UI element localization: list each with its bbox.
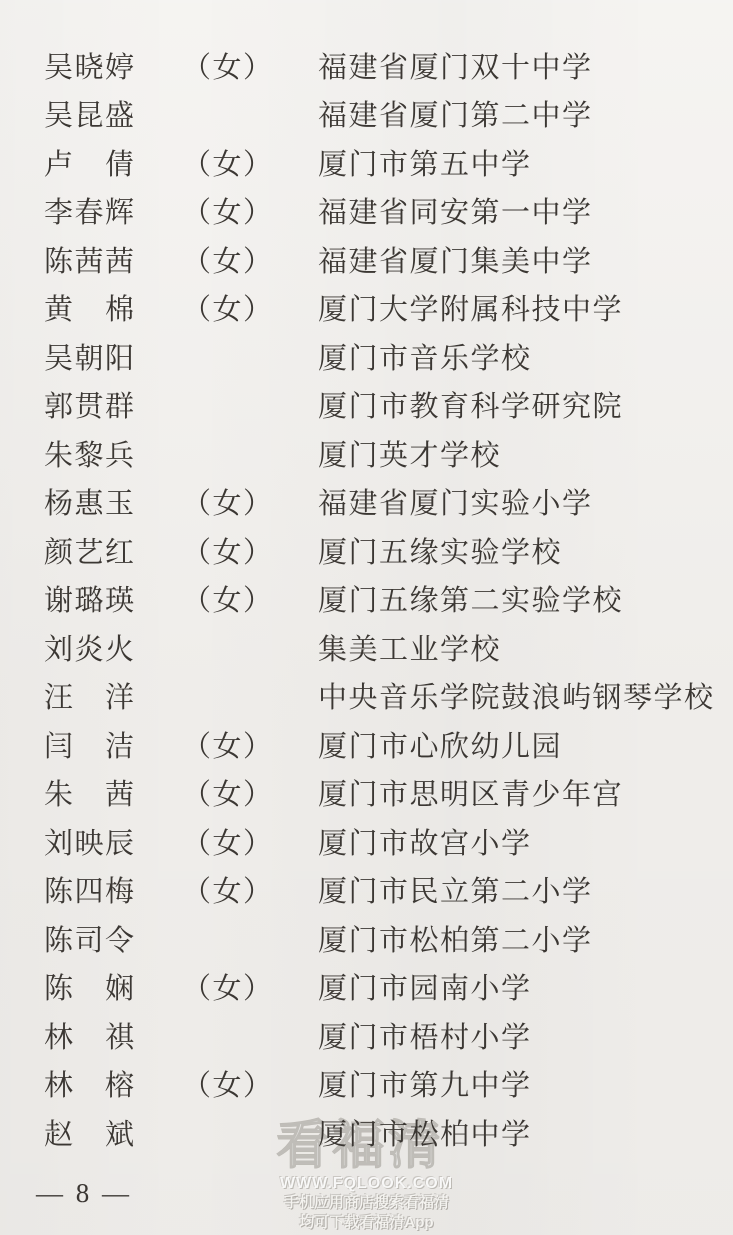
- person-name: 李春辉: [0, 199, 182, 228]
- gender-label: （女）: [182, 54, 318, 83]
- school-name: 福建省厦门实验小学: [318, 490, 733, 519]
- school-name: 厦门市心欣幼儿园: [318, 733, 733, 762]
- person-name: 陈茜茜: [0, 248, 182, 277]
- school-name: 厦门市民立第二小学: [318, 878, 733, 907]
- roster-row: 郭贯群 厦门市教育科学研究院: [0, 384, 733, 433]
- person-name: 吴晓婷: [0, 54, 182, 83]
- roster-row: 颜艺红 （女） 厦门五缘实验学校: [0, 529, 733, 578]
- school-name: 厦门大学附属科技中学: [318, 296, 733, 325]
- person-name: 颜艺红: [0, 539, 182, 568]
- school-name: 厦门英才学校: [318, 442, 733, 471]
- roster-row: 林 榕 （女） 厦门市第九中学: [0, 1063, 733, 1112]
- roster-row: 刘炎火 集美工业学校: [0, 626, 733, 675]
- gender-label: （女）: [182, 248, 318, 277]
- person-name: 赵 斌: [0, 1121, 182, 1150]
- person-name: 陈司令: [0, 927, 182, 956]
- gender-label: （女）: [182, 1072, 318, 1101]
- roster-row: 闫 洁 （女） 厦门市心欣幼儿园: [0, 723, 733, 772]
- school-name: 厦门市松柏第二小学: [318, 927, 733, 956]
- person-name: 朱 茜: [0, 781, 182, 810]
- roster-row: 赵 斌 厦门市松柏中学: [0, 1111, 733, 1160]
- roster-row: 吴晓婷 （女） 福建省厦门双十中学: [0, 44, 733, 93]
- gender-label: （女）: [182, 733, 318, 762]
- person-name: 朱黎兵: [0, 442, 182, 471]
- person-name: 吴朝阳: [0, 345, 182, 374]
- document-page: 吴晓婷 （女） 福建省厦门双十中学 吴昆盛 福建省厦门第二中学 卢 倩 （女） …: [0, 0, 733, 1235]
- school-name: 厦门市梧村小学: [318, 1024, 733, 1053]
- person-name: 陈四梅: [0, 878, 182, 907]
- roster-row: 林 祺 厦门市梧村小学: [0, 1014, 733, 1063]
- school-name: 集美工业学校: [318, 636, 733, 665]
- page-number: — 8 —: [36, 1178, 132, 1209]
- roster-row: 朱黎兵 厦门英才学校: [0, 432, 733, 481]
- school-name: 中央音乐学院鼓浪屿钢琴学校: [318, 684, 733, 713]
- gender-label: （女）: [182, 781, 318, 810]
- roster-row: 刘映辰 （女） 厦门市故宫小学: [0, 820, 733, 869]
- person-name: 吴昆盛: [0, 102, 182, 131]
- roster-row: 汪 洋 中央音乐学院鼓浪屿钢琴学校: [0, 675, 733, 724]
- roster-list: 吴晓婷 （女） 福建省厦门双十中学 吴昆盛 福建省厦门第二中学 卢 倩 （女） …: [0, 44, 733, 1160]
- gender-label: （女）: [182, 151, 318, 180]
- person-name: 郭贯群: [0, 393, 182, 422]
- roster-row: 陈茜茜 （女） 福建省厦门集美中学: [0, 238, 733, 287]
- roster-row: 杨惠玉 （女） 福建省厦门实验小学: [0, 481, 733, 530]
- gender-label: （女）: [182, 199, 318, 228]
- school-name: 福建省厦门第二中学: [318, 102, 733, 131]
- roster-row: 吴朝阳 厦门市音乐学校: [0, 335, 733, 384]
- person-name: 卢 倩: [0, 151, 182, 180]
- gender-label: （女）: [182, 975, 318, 1004]
- person-name: 闫 洁: [0, 733, 182, 762]
- school-name: 福建省厦门双十中学: [318, 54, 733, 83]
- roster-row: 陈 娴 （女） 厦门市园南小学: [0, 966, 733, 1015]
- person-name: 陈 娴: [0, 975, 182, 1004]
- gender-label: （女）: [182, 587, 318, 616]
- roster-row: 吴昆盛 福建省厦门第二中学: [0, 93, 733, 142]
- roster-row: 陈四梅 （女） 厦门市民立第二小学: [0, 869, 733, 918]
- person-name: 林 祺: [0, 1024, 182, 1053]
- gender-label: （女）: [182, 878, 318, 907]
- person-name: 汪 洋: [0, 684, 182, 713]
- roster-row: 陈司令 厦门市松柏第二小学: [0, 917, 733, 966]
- gender-label: （女）: [182, 296, 318, 325]
- school-name: 厦门市教育科学研究院: [318, 393, 733, 422]
- school-name: 厦门市第九中学: [318, 1072, 733, 1101]
- roster-row: 李春辉 （女） 福建省同安第一中学: [0, 190, 733, 239]
- roster-row: 谢璐瑛 （女） 厦门五缘第二实验学校: [0, 578, 733, 627]
- person-name: 黄 棉: [0, 296, 182, 325]
- roster-row: 朱 茜 （女） 厦门市思明区青少年宫: [0, 772, 733, 821]
- gender-label: （女）: [182, 490, 318, 519]
- roster-row: 黄 棉 （女） 厦门大学附属科技中学: [0, 287, 733, 336]
- school-name: 厦门市故宫小学: [318, 830, 733, 859]
- school-name: 厦门市思明区青少年宫: [318, 781, 733, 810]
- person-name: 林 榕: [0, 1072, 182, 1101]
- school-name: 厦门市松柏中学: [318, 1121, 733, 1150]
- person-name: 刘映辰: [0, 830, 182, 859]
- school-name: 厦门五缘第二实验学校: [318, 587, 733, 616]
- roster-row: 卢 倩 （女） 厦门市第五中学: [0, 141, 733, 190]
- school-name: 福建省厦门集美中学: [318, 248, 733, 277]
- school-name: 厦门五缘实验学校: [318, 539, 733, 568]
- person-name: 刘炎火: [0, 636, 182, 665]
- school-name: 厦门市园南小学: [318, 975, 733, 1004]
- gender-label: （女）: [182, 830, 318, 859]
- person-name: 谢璐瑛: [0, 587, 182, 616]
- school-name: 厦门市音乐学校: [318, 345, 733, 374]
- gender-label: （女）: [182, 539, 318, 568]
- school-name: 福建省同安第一中学: [318, 199, 733, 228]
- person-name: 杨惠玉: [0, 490, 182, 519]
- school-name: 厦门市第五中学: [318, 151, 733, 180]
- watermark-note-2: 均可下载看福清App: [0, 1213, 733, 1233]
